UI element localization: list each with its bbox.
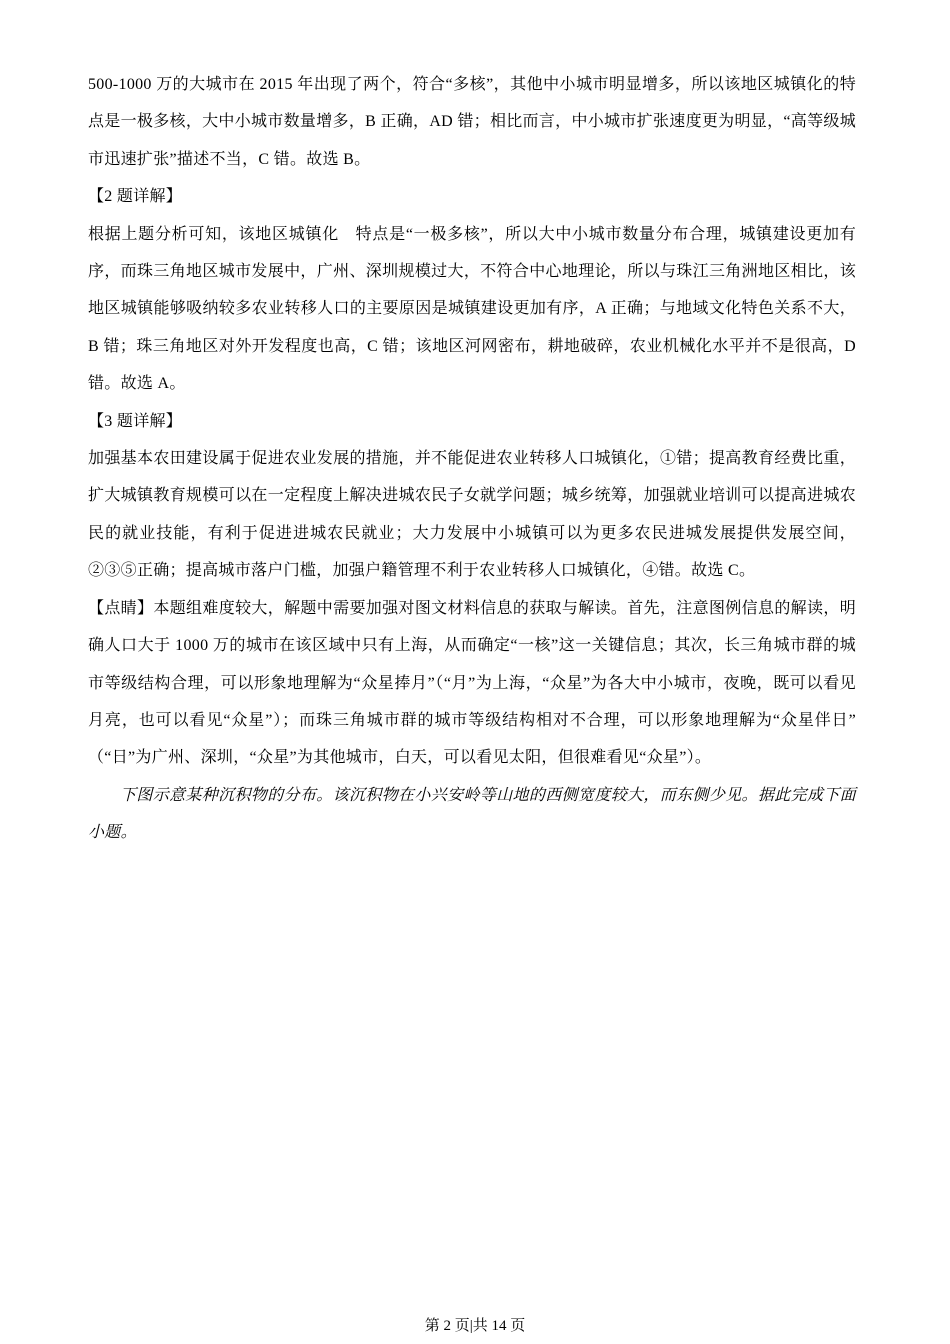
document-page: 500-1000 万的大城市在 2015 年出现了两个，符合“多核”，其他中小城…	[0, 0, 950, 1344]
explanation-question-2: 根据上题分析可知，该地区城镇化 特点是“一极多核”，所以大中小城市数量分布合理，…	[88, 216, 856, 403]
heading-question-3-explanation: 【3 题详解】	[88, 403, 856, 440]
document-body: 500-1000 万的大城市在 2015 年出现了两个，符合“多核”，其他中小城…	[88, 66, 856, 852]
page-number: 第 2 页|共 14 页	[0, 1316, 950, 1336]
tips-dianjing-paragraph: 【点睛】本题组难度较大，解题中需要加强对图文材料信息的获取与解读。首先，注意图例…	[88, 590, 856, 777]
explanation-question-3: 加强基本农田建设属于促进农业发展的措施，并不能促进农业转移人口城镇化，①错；提高…	[88, 440, 856, 590]
next-question-material-paragraph: 下图示意某种沉积物的分布。该沉积物在小兴安岭等山地的西侧宽度较大，而东侧少见。据…	[88, 777, 856, 852]
heading-question-2-explanation: 【2 题详解】	[88, 178, 856, 215]
explanation-question-1-continued: 500-1000 万的大城市在 2015 年出现了两个，符合“多核”，其他中小城…	[88, 66, 856, 178]
